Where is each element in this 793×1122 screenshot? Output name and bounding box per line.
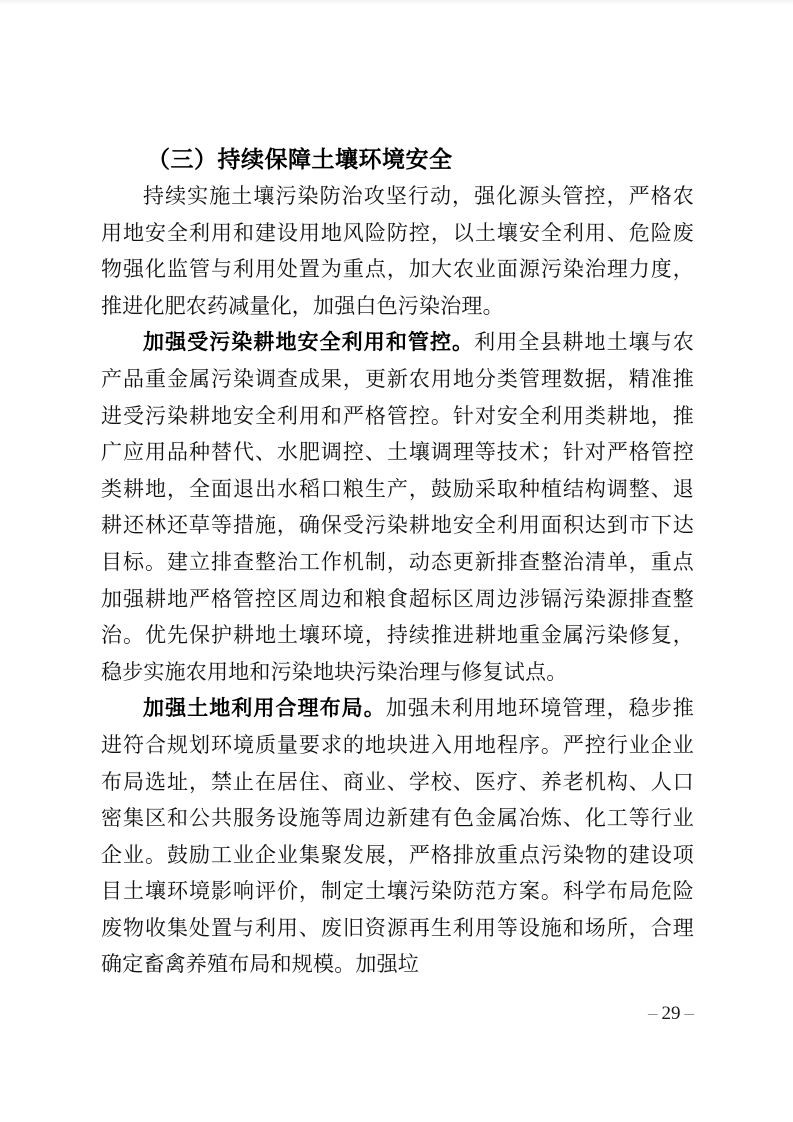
paragraph-text: 加强未利用地环境管理，稳步推进符合规划环境质量要求的地块进入用地程序。严控行业企… <box>101 696 694 976</box>
page-number-dash-right: – <box>685 1003 695 1024</box>
section-heading: （三）持续保障土壤环境安全 <box>101 141 694 178</box>
page-number: –29– <box>648 1002 694 1025</box>
paragraph-text: 利用全县耕地土壤与农产品重金属污染调查成果，更新农用地分类管理数据，精准推进受污… <box>101 330 694 683</box>
paragraph-lead: 加强受污染耕地安全利用和管控。 <box>143 330 474 354</box>
paragraph: 加强土地利用合理布局。加强未利用地环境管理，稳步推进符合规划环境质量要求的地块进… <box>101 690 694 983</box>
paragraph-text: 持续实施土壤污染防治攻坚行动，强化源头管控，严格农用地安全利用和建设用地风险防控… <box>101 184 694 318</box>
paragraph: 加强受污染耕地安全利用和管控。利用全县耕地土壤与农产品重金属污染调查成果，更新农… <box>101 324 694 690</box>
page-number-dash-left: – <box>648 1003 658 1024</box>
paragraph-lead: 加强土地利用合理布局。 <box>143 696 386 720</box>
paragraph: 持续实施土壤污染防治攻坚行动，强化源头管控，严格农用地安全利用和建设用地风险防控… <box>101 178 694 324</box>
document-body: （三）持续保障土壤环境安全 持续实施土壤污染防治攻坚行动，强化源头管控，严格农用… <box>101 141 694 983</box>
document-page: （三）持续保障土壤环境安全 持续实施土壤污染防治攻坚行动，强化源头管控，严格农用… <box>0 0 793 1122</box>
page-number-value: 29 <box>658 1003 685 1024</box>
